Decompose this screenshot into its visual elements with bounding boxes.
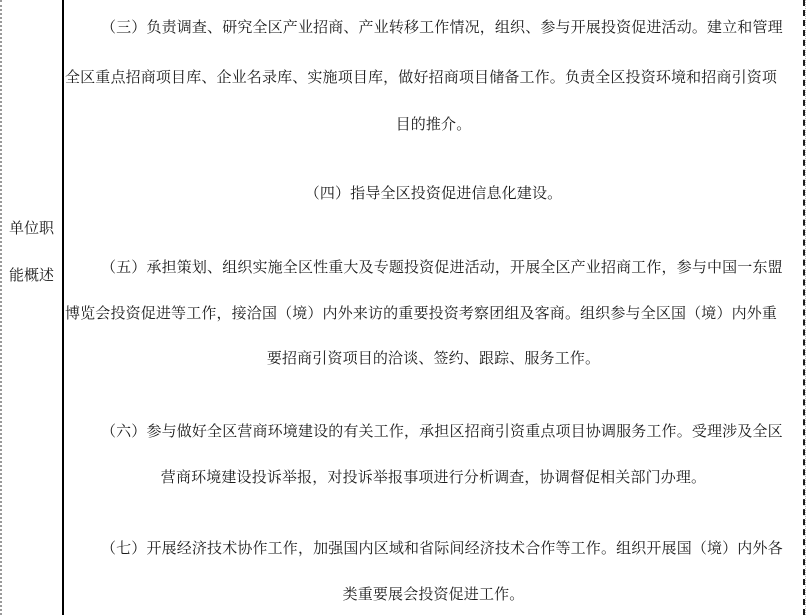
column-divider bbox=[62, 0, 64, 615]
paragraph-4-line-1: （四）指导全区投资促进信息化建设。 bbox=[65, 183, 802, 203]
paragraph-3-line-2: 全区重点招商项目库、企业名录库、实施项目库，做好招商项目储备工作。负责全区投资环… bbox=[65, 67, 802, 87]
paragraph-5-line-1: （五）承担策划、组织实施全区性重大及专题投资促进活动，开展全区产业招商工作，参与… bbox=[65, 257, 802, 277]
label-cell-line-2: 能概述 bbox=[9, 265, 54, 285]
paragraph-6-line-2: 营商环境建设投诉举报，对投诉举报事项进行分析调查，协调督促相关部门办理。 bbox=[65, 467, 802, 487]
paragraph-3-line-3: 目的推介。 bbox=[65, 114, 802, 134]
label-cell: 单位职 能概述 bbox=[3, 0, 62, 615]
paragraph-6-line-1: （六）参与做好全区营商环境建设的有关工作，承担区招商引资重点项目协调服务工作。受… bbox=[65, 421, 802, 441]
paragraph-3-line-1: （三）负责调查、研究全区产业招商、产业转移工作情况，组织、参与开展投资促进活动。… bbox=[65, 17, 802, 37]
content-cell: （三）负责调查、研究全区产业招商、产业转移工作情况，组织、参与开展投资促进活动。… bbox=[65, 0, 802, 615]
paragraph-7-line-2: 类重要展会投资促进工作。 bbox=[65, 584, 802, 604]
paragraph-5-line-3: 要招商引资项目的洽谈、签约、跟踪、服务工作。 bbox=[65, 348, 802, 368]
paragraph-7-line-1: （七）开展经济技术协作工作，加强国内区域和省际间经济技术合作等工作。组织开展国（… bbox=[65, 538, 802, 558]
paragraph-5-line-2: 博览会投资促进等工作，接洽国（境）内外来访的重要投资考察团组及客商。组织参与全区… bbox=[65, 303, 802, 323]
label-cell-line-1: 单位职 bbox=[9, 218, 54, 238]
document-page: 单位职 能概述 （三）负责调查、研究全区产业招商、产业转移工作情况，组织、参与开… bbox=[0, 0, 807, 615]
